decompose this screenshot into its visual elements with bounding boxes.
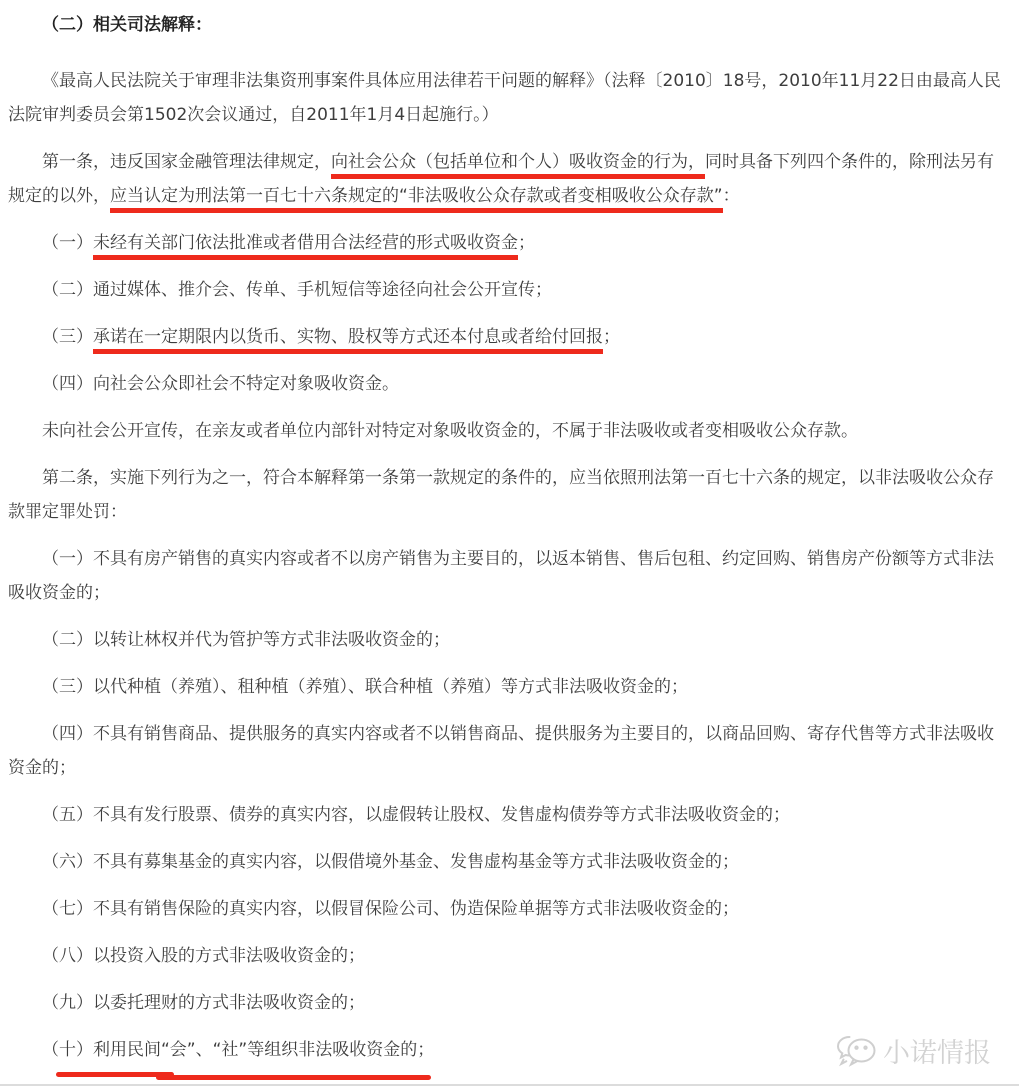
red-underlined-text: 向社会公众（包括单位和个人）吸收资金的行为，: [331, 152, 705, 179]
behavior-item-7: （七）不具有销售保险的真实内容，以假冒保险公司、伪造保险单据等方式非法吸收资金的…: [8, 892, 1010, 926]
behavior-item-2: （二）以转让林权并代为管护等方式非法吸收资金的；: [8, 623, 1010, 657]
paragraph-text: （二）通过媒体、推介会、传单、手机短信等途径向社会公开宣传；: [42, 280, 552, 300]
paragraph-article1: 第一条，违反国家金融管理法律规定，向社会公众（包括单位和个人）吸收资金的行为，同…: [8, 145, 1010, 213]
behavior-item-1: （一）不具有房产销售的真实内容或者不以房产销售为主要目的，以返本销售、售后包租、…: [8, 542, 1010, 610]
paragraph-text: （八）以投资入股的方式非法吸收资金的；: [42, 946, 365, 966]
behavior-item-9: （九）以委托理财的方式非法吸收资金的；: [8, 986, 1010, 1020]
condition-item-2: （二）通过媒体、推介会、传单、手机短信等途径向社会公开宣传；: [8, 273, 1010, 307]
item-number: （一）: [42, 233, 93, 253]
behavior-item-4: （四）不具有销售商品、提供服务的真实内容或者不以销售商品、提供服务为主要目的，以…: [8, 717, 1010, 785]
item-number: （三）: [42, 327, 93, 347]
paragraph-text: ：: [723, 186, 740, 206]
paragraph-text: （十）利用民间“会”、“社”等组织非法吸收资金的；: [42, 1040, 434, 1060]
red-marker-line: [56, 1072, 436, 1084]
watermark-label: 小诺情报: [883, 1031, 991, 1070]
behavior-item-6: （六）不具有募集基金的真实内容，以假借境外基金、发售虚构基金等方式非法吸收资金的…: [8, 845, 1010, 879]
paragraph-source-citation: 《最高人民法院关于审理非法集资刑事案件具体应用法律若干问题的解释》（法释〔201…: [8, 64, 1010, 132]
paragraph-text: （一）不具有房产销售的真实内容或者不以房产销售为主要目的，以返本销售、售后包租、…: [8, 549, 994, 603]
paragraph-text: 《最高人民法院关于审理非法集资刑事案件具体应用法律若干问题的解释》（法释〔201…: [8, 71, 1001, 125]
behavior-item-3: （三）以代种植（养殖）、租种植（养殖）、联合种植（养殖）等方式非法吸收资金的；: [8, 670, 1010, 704]
article-body: （二）相关司法解释： 《最高人民法院关于审理非法集资刑事案件具体应用法律若干问题…: [0, 0, 1019, 1084]
red-underlined-text: 承诺在一定期限内以货币、实物、股权等方式还本付息或者给付回报: [93, 327, 603, 354]
behavior-item-8: （八）以投资入股的方式非法吸收资金的；: [8, 939, 1010, 973]
item-punctuation: ；: [518, 233, 535, 253]
paragraph-text: （六）不具有募集基金的真实内容，以假借境外基金、发售虚构基金等方式非法吸收资金的…: [42, 852, 739, 872]
red-underlined-text: 未经有关部门依法批准或者借用合法经营的形式吸收资金: [93, 233, 518, 260]
watermark: 小诺情报: [835, 1031, 991, 1070]
wechat-icon: [835, 1033, 877, 1069]
paragraph-text: （四）不具有销售商品、提供服务的真实内容或者不以销售商品、提供服务为主要目的，以…: [8, 724, 994, 778]
paragraph-text: （七）不具有销售保险的真实内容，以假冒保险公司、伪造保险单据等方式非法吸收资金的…: [42, 899, 739, 919]
paragraph-text: 未向社会公开宣传，在亲友或者单位内部针对特定对象吸收资金的，不属于非法吸收或者变…: [42, 421, 858, 441]
paragraph-article2: 第二条，实施下列行为之一，符合本解释第一条第一款规定的条件的，应当依照刑法第一百…: [8, 461, 1010, 529]
condition-item-3: （三）承诺在一定期限内以货币、实物、股权等方式还本付息或者给付回报；: [8, 320, 1010, 354]
paragraph-text: 第二条，实施下列行为之一，符合本解释第一条第一款规定的条件的，应当依照刑法第一百…: [8, 468, 994, 522]
paragraph-text: （五）不具有发行股票、债券的真实内容，以虚假转让股权、发售虚构债券等方式非法吸收…: [42, 805, 790, 825]
paragraph-text: （三）以代种植（养殖）、租种植（养殖）、联合种植（养殖）等方式非法吸收资金的；: [42, 677, 688, 697]
condition-item-4: （四）向社会公众即社会不特定对象吸收资金。: [8, 367, 1010, 401]
behavior-item-5: （五）不具有发行股票、债券的真实内容，以虚假转让股权、发售虚构债券等方式非法吸收…: [8, 798, 1010, 832]
section-heading: （二）相关司法解释：: [8, 10, 1010, 40]
paragraph-text: 第一条，违反国家金融管理法律规定，: [42, 152, 331, 172]
red-underlined-text: 应当认定为刑法第一百七十六条规定的“非法吸收公众存款或者变相吸收公众存款”: [110, 186, 723, 213]
paragraph-exception-note: 未向社会公开宣传，在亲友或者单位内部针对特定对象吸收资金的，不属于非法吸收或者变…: [8, 414, 1010, 448]
paragraph-text: （二）以转让林权并代为管护等方式非法吸收资金的；: [42, 630, 450, 650]
paragraph-text: （九）以委托理财的方式非法吸收资金的；: [42, 993, 365, 1013]
red-marker-line-segment: [156, 1075, 431, 1080]
paragraph-text: （四）向社会公众即社会不特定对象吸收资金。: [42, 374, 399, 394]
item-punctuation: ；: [603, 327, 620, 347]
condition-item-1: （一）未经有关部门依法批准或者借用合法经营的形式吸收资金；: [8, 226, 1010, 260]
